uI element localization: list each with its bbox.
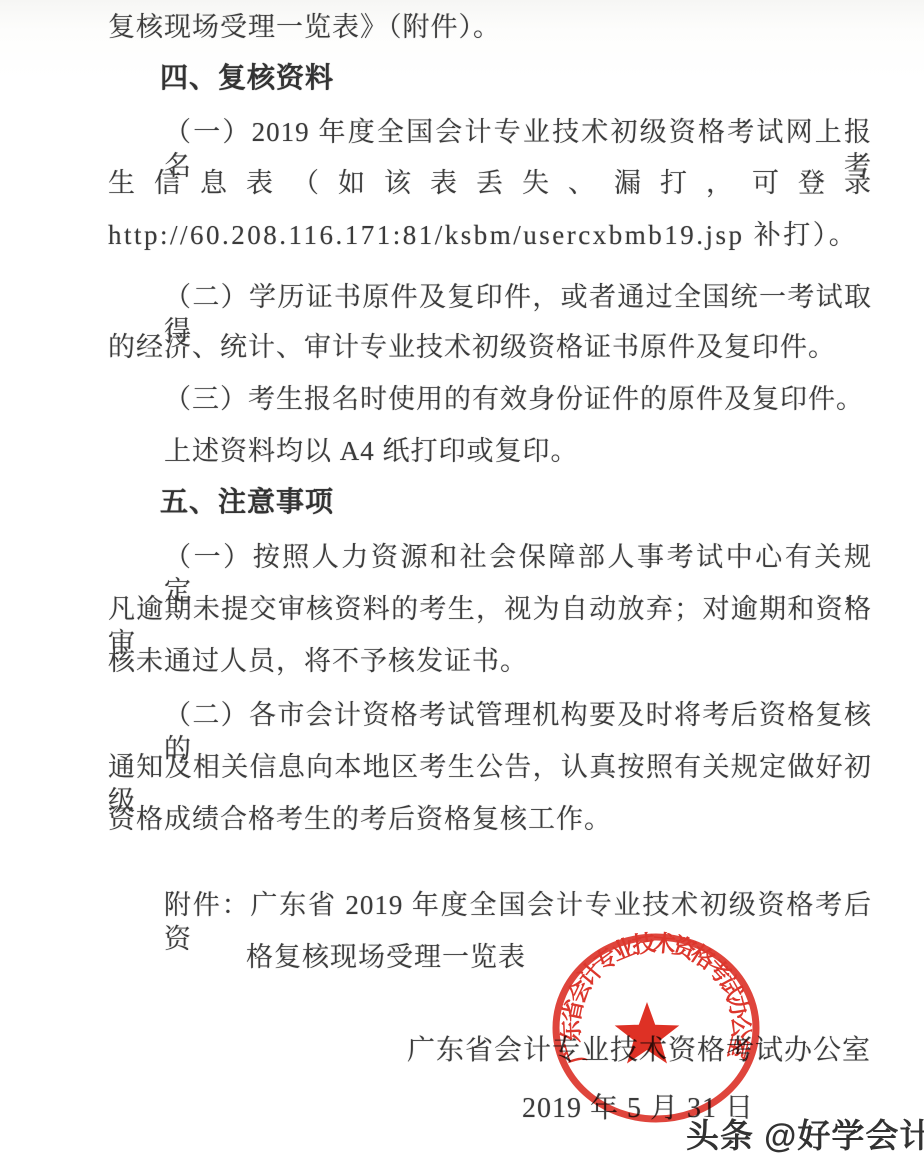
official-red-seal: 广东省会计专业技术资格考试办公室	[548, 928, 764, 1124]
sec4-item2-line2: 的经济、统计、审计专业技术初级资格证书原件及复印件。	[108, 330, 836, 364]
sec5-item1-line3: 核未通过人员，将不予核发证书。	[108, 644, 528, 678]
watermark-toutiao: 头条 @好学会计568	[686, 1110, 924, 1157]
sec5-item2-line3: 资格成绩合格考生的考后资格复核工作。	[108, 802, 612, 836]
sec4-item3: （三）考生报名时使用的有效身份证件的原件及复印件。	[164, 382, 864, 416]
attachment-line2: 格复核现场受理一览表	[246, 940, 526, 974]
section5-heading: 五、注意事项	[160, 486, 334, 520]
document-page: 复核现场受理一览表》（附件）。 四、复核资料 （一）2019 年度全国会计专业技…	[0, 0, 924, 1160]
sec4-note: 上述资料均以 A4 纸打印或复印。	[164, 434, 579, 468]
section4-heading: 四、复核资料	[160, 62, 334, 96]
sec4-item1-line2: 生信息表（如该表丢失、漏打，可登录	[108, 166, 872, 200]
seal-star-icon	[615, 1002, 680, 1064]
sec4-item1-url-line: http://60.208.116.171:81/ksbm/usercxbmb1…	[108, 218, 858, 252]
paragraph-continuation: 复核现场受理一览表》（附件）。	[108, 10, 501, 44]
